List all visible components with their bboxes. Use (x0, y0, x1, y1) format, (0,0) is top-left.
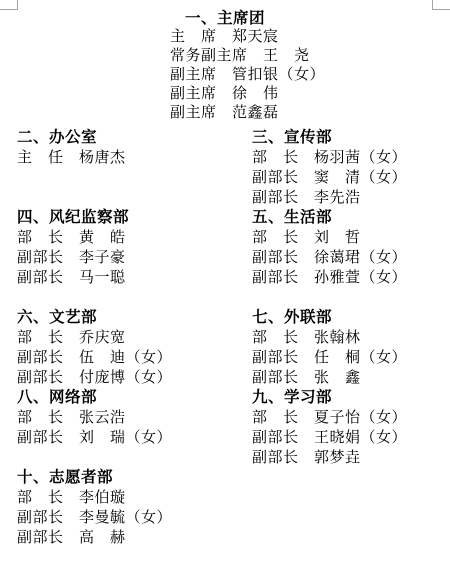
member-line: 部 长 黄 皓 (17, 228, 252, 248)
two-column-body: 二、办公室主 任 杨唐杰四、风纪监察部部 长 黄 皓副部长 李子豪副部长 马一聪… (0, 128, 450, 548)
right-column: 三、宣传部部 长 杨羽茜（女）副部长 窦 清（女）副部长 李先浩五、生活部部 长… (252, 128, 450, 548)
blank-line (17, 448, 252, 468)
member-line: 主 任 杨唐杰 (17, 148, 252, 168)
presidium-section: 一、主席团 主 席 郑天宸常务副主席 王 尧副主席 管扣银（女）副主席 徐 伟副… (0, 0, 450, 123)
member-line: 部 长 李伯璇 (17, 488, 252, 508)
document-page: 一、主席团 主 席 郑天宸常务副主席 王 尧副主席 管扣银（女）副主席 徐 伟副… (0, 0, 450, 562)
section-heading: 九、学习部 (252, 388, 450, 408)
member-line: 部 长 乔庆宽 (17, 328, 252, 348)
member-line: 副部长 刘 瑞（女） (17, 428, 252, 448)
member-line: 部 长 张云浩 (17, 408, 252, 428)
presidium-member-line: 常务副主席 王 尧 (170, 47, 450, 66)
blank-line (252, 488, 450, 508)
section-heading: 八、网络部 (17, 388, 252, 408)
member-line: 副部长 高 赫 (17, 528, 252, 548)
member-line: 副部长 伍 迪（女） (17, 348, 252, 368)
blank-line (252, 508, 450, 528)
presidium-member-line: 副主席 范鑫磊 (170, 104, 450, 123)
member-line: 副部长 窦 清（女） (252, 168, 450, 188)
member-line: 部 长 杨羽茜（女） (252, 148, 450, 168)
blank-line (17, 188, 252, 208)
blank-line (252, 468, 450, 488)
presidium-member-line: 副主席 徐 伟 (170, 85, 450, 104)
member-line: 副部长 李曼毓（女） (17, 508, 252, 528)
member-line: 副部长 徐蔼珺（女） (252, 248, 450, 268)
section-heading: 十、志愿者部 (17, 468, 252, 488)
section-heading: 四、风纪监察部 (17, 208, 252, 228)
member-line: 副部长 李子豪 (17, 248, 252, 268)
blank-line (252, 528, 450, 548)
blank-line (252, 288, 450, 308)
member-line: 副部长 马一聪 (17, 268, 252, 288)
margin-crop-mark-top-right (432, 0, 450, 10)
member-line: 部 长 夏子怡（女） (252, 408, 450, 428)
presidium-member-list: 主 席 郑天宸常务副主席 王 尧副主席 管扣银（女）副主席 徐 伟副主席 范鑫磊 (0, 28, 450, 123)
member-line: 副部长 孙雅萱（女） (252, 268, 450, 288)
member-line: 副部长 王晓娟（女） (252, 428, 450, 448)
member-line: 部 长 刘 哲 (252, 228, 450, 248)
section-heading: 六、文艺部 (17, 308, 252, 328)
member-line: 副部长 任 桐（女） (252, 348, 450, 368)
member-line: 副部长 郭梦垚 (252, 448, 450, 468)
blank-line (17, 288, 252, 308)
member-line: 副部长 付庞博（女） (17, 368, 252, 388)
margin-crop-mark-top-left (0, 0, 18, 10)
section-heading: 五、生活部 (252, 208, 450, 228)
section-heading: 二、办公室 (17, 128, 252, 148)
blank-line (17, 168, 252, 188)
presidium-member-line: 副主席 管扣银（女） (170, 66, 450, 85)
member-line: 副部长 张 鑫 (252, 368, 450, 388)
presidium-member-line: 主 席 郑天宸 (170, 28, 450, 47)
left-column: 二、办公室主 任 杨唐杰四、风纪监察部部 长 黄 皓副部长 李子豪副部长 马一聪… (0, 128, 252, 548)
presidium-title: 一、主席团 (0, 9, 450, 28)
section-heading: 七、外联部 (252, 308, 450, 328)
member-line: 部 长 张翰林 (252, 328, 450, 348)
section-heading: 三、宣传部 (252, 128, 450, 148)
member-line: 副部长 李先浩 (252, 188, 450, 208)
